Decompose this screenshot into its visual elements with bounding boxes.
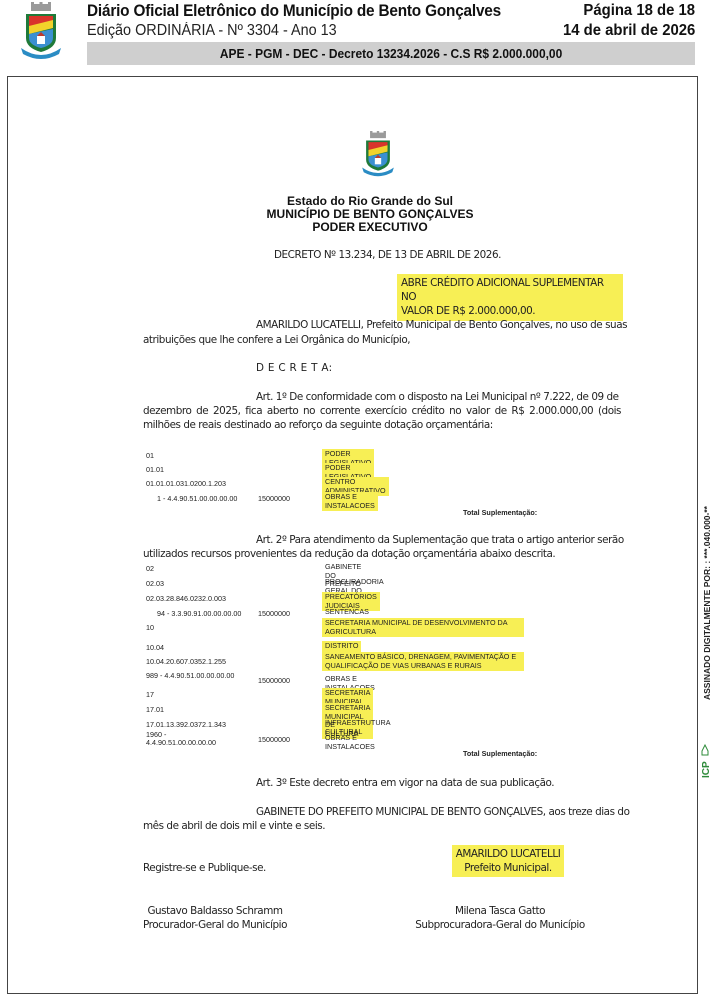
art2-line-2: utilizados recursos provenientes da redu…: [143, 547, 555, 561]
account-code: 02: [146, 564, 154, 573]
heading-branch: PODER EXECUTIVO: [230, 221, 510, 234]
signatory-2-name: Milena Tasca Gatto: [400, 904, 600, 918]
allocation-description: OBRAS E INSTALACOES: [322, 733, 378, 752]
allocation-description: OBRAS E INSTALACOES: [322, 492, 378, 511]
coat-of-arms-icon: [359, 131, 397, 177]
svg-text:ICP: ICP: [701, 761, 712, 778]
signatory-2: Milena Tasca Gatto Subprocuradora-Geral …: [400, 904, 600, 932]
account-code: 1960 - 4.4.90.51.00.00.00.00: [146, 731, 236, 747]
account-code: 989 - 4.4.90.51.00.00.00.00: [146, 672, 236, 680]
resource-source: 15000000: [258, 609, 290, 618]
signatory-1-title: Procurador-Geral do Município: [120, 918, 310, 932]
account-code: 01.01: [146, 465, 164, 474]
preamble-line-2: atribuições que lhe confere a Lei Orgâni…: [143, 333, 410, 347]
subject-text: APE - PGM - DEC - Decreto 13234.2026 - C…: [220, 42, 562, 65]
total-label: Total Suplementação:: [463, 508, 537, 517]
account-code: 02.03: [146, 579, 164, 588]
account-code: 17.01: [146, 705, 164, 714]
art1-line-2: dezembro de 2025, fica aberto no corrent…: [143, 404, 621, 418]
account-code: 94 - 3.3.90.91.00.00.00.00: [157, 609, 241, 618]
page-number: Página 18 de 18: [583, 2, 695, 20]
mayor-title: Prefeito Municipal.: [455, 861, 561, 875]
closing-line-2: mês de abril de dois mil e vinte e seis.: [143, 819, 325, 833]
mayor-name: AMARILDO LUCATELLI: [455, 847, 561, 861]
allocation-description: SANEAMENTO BÁSICO, DRENAGEM, PAVIMENTAÇÃ…: [322, 652, 524, 671]
mayor-signature-block: AMARILDO LUCATELLI Prefeito Municipal.: [452, 845, 564, 877]
allocation-description: SECRETARIA MUNICIPAL DE DESENVOLVIMENTO …: [322, 618, 524, 637]
account-code: 10.04.20.607.0352.1.255: [146, 657, 226, 666]
account-code: 17: [146, 690, 154, 699]
closing-line-1: GABINETE DO PREFEITO MUNICIPAL DE BENTO …: [256, 805, 629, 819]
total-label: Total Suplementação:: [463, 749, 537, 758]
decree-title: DECRETO Nº 13.234, DE 13 DE ABRIL DE 202…: [274, 248, 501, 262]
gazette-title: Diário Oficial Eletrônico do Município d…: [87, 2, 501, 21]
edition-info: Edição ORDINÁRIA - Nº 3304 - Ano 13: [87, 22, 337, 40]
signatory-1: Gustavo Baldasso Schramm Procurador-Gera…: [120, 904, 310, 932]
register-publish: Registre-se e Publique-se.: [143, 861, 266, 875]
resource-source: 15000000: [258, 494, 290, 503]
publication-date: 14 de abril de 2026: [563, 22, 695, 40]
signatory-2-title: Subprocuradora-Geral do Município: [400, 918, 600, 932]
summary-line-2: VALOR DE R$ 2.000.000,00.: [401, 304, 619, 318]
account-code: 10: [146, 623, 154, 632]
account-code: 02.03.28.846.0232.0.003: [146, 594, 226, 603]
account-code: 17.01.13.392.0372.1.343: [146, 720, 226, 729]
preamble-line-1: AMARILDO LUCATELLI, Prefeito Municipal d…: [256, 318, 627, 332]
signature-text: ASSINADO DIGITALMENTE POR: : ***.040.000…: [698, 460, 713, 700]
signatory-1-name: Gustavo Baldasso Schramm: [120, 904, 310, 918]
account-code: 01: [146, 451, 154, 460]
summary-line-1: ABRE CRÉDITO ADICIONAL SUPLEMENTAR NO: [401, 276, 619, 304]
resource-source: 15000000: [258, 676, 290, 685]
resource-source: 15000000: [258, 735, 290, 744]
art3-text: Art. 3º Este decreto entra em vigor na d…: [256, 776, 554, 790]
account-code: 1 - 4.4.90.51.00.00.00.00: [157, 494, 237, 503]
digital-signature-stamp: ASSINADO DIGITALMENTE POR: : ***.040.000…: [696, 540, 713, 780]
art1-line-3: milhões de reais destinado ao reforço da…: [143, 418, 493, 432]
decree-summary: ABRE CRÉDITO ADICIONAL SUPLEMENTAR NO VA…: [397, 274, 623, 321]
decreta-heading: D E C R E T A:: [256, 361, 332, 375]
art1-line-1: Art. 1º De conformidade com o disposto n…: [256, 390, 619, 404]
icp-brasil-icon: ICP: [698, 735, 712, 779]
subject-bar: APE - PGM - DEC - Decreto 13234.2026 - C…: [87, 42, 695, 65]
account-code: 10.04: [146, 643, 164, 652]
coat-of-arms-icon: [18, 2, 64, 60]
account-code: 01.01.01.031.0200.1.203: [146, 479, 226, 488]
art2-line-1: Art. 2º Para atendimento da Suplementaçã…: [256, 533, 624, 547]
